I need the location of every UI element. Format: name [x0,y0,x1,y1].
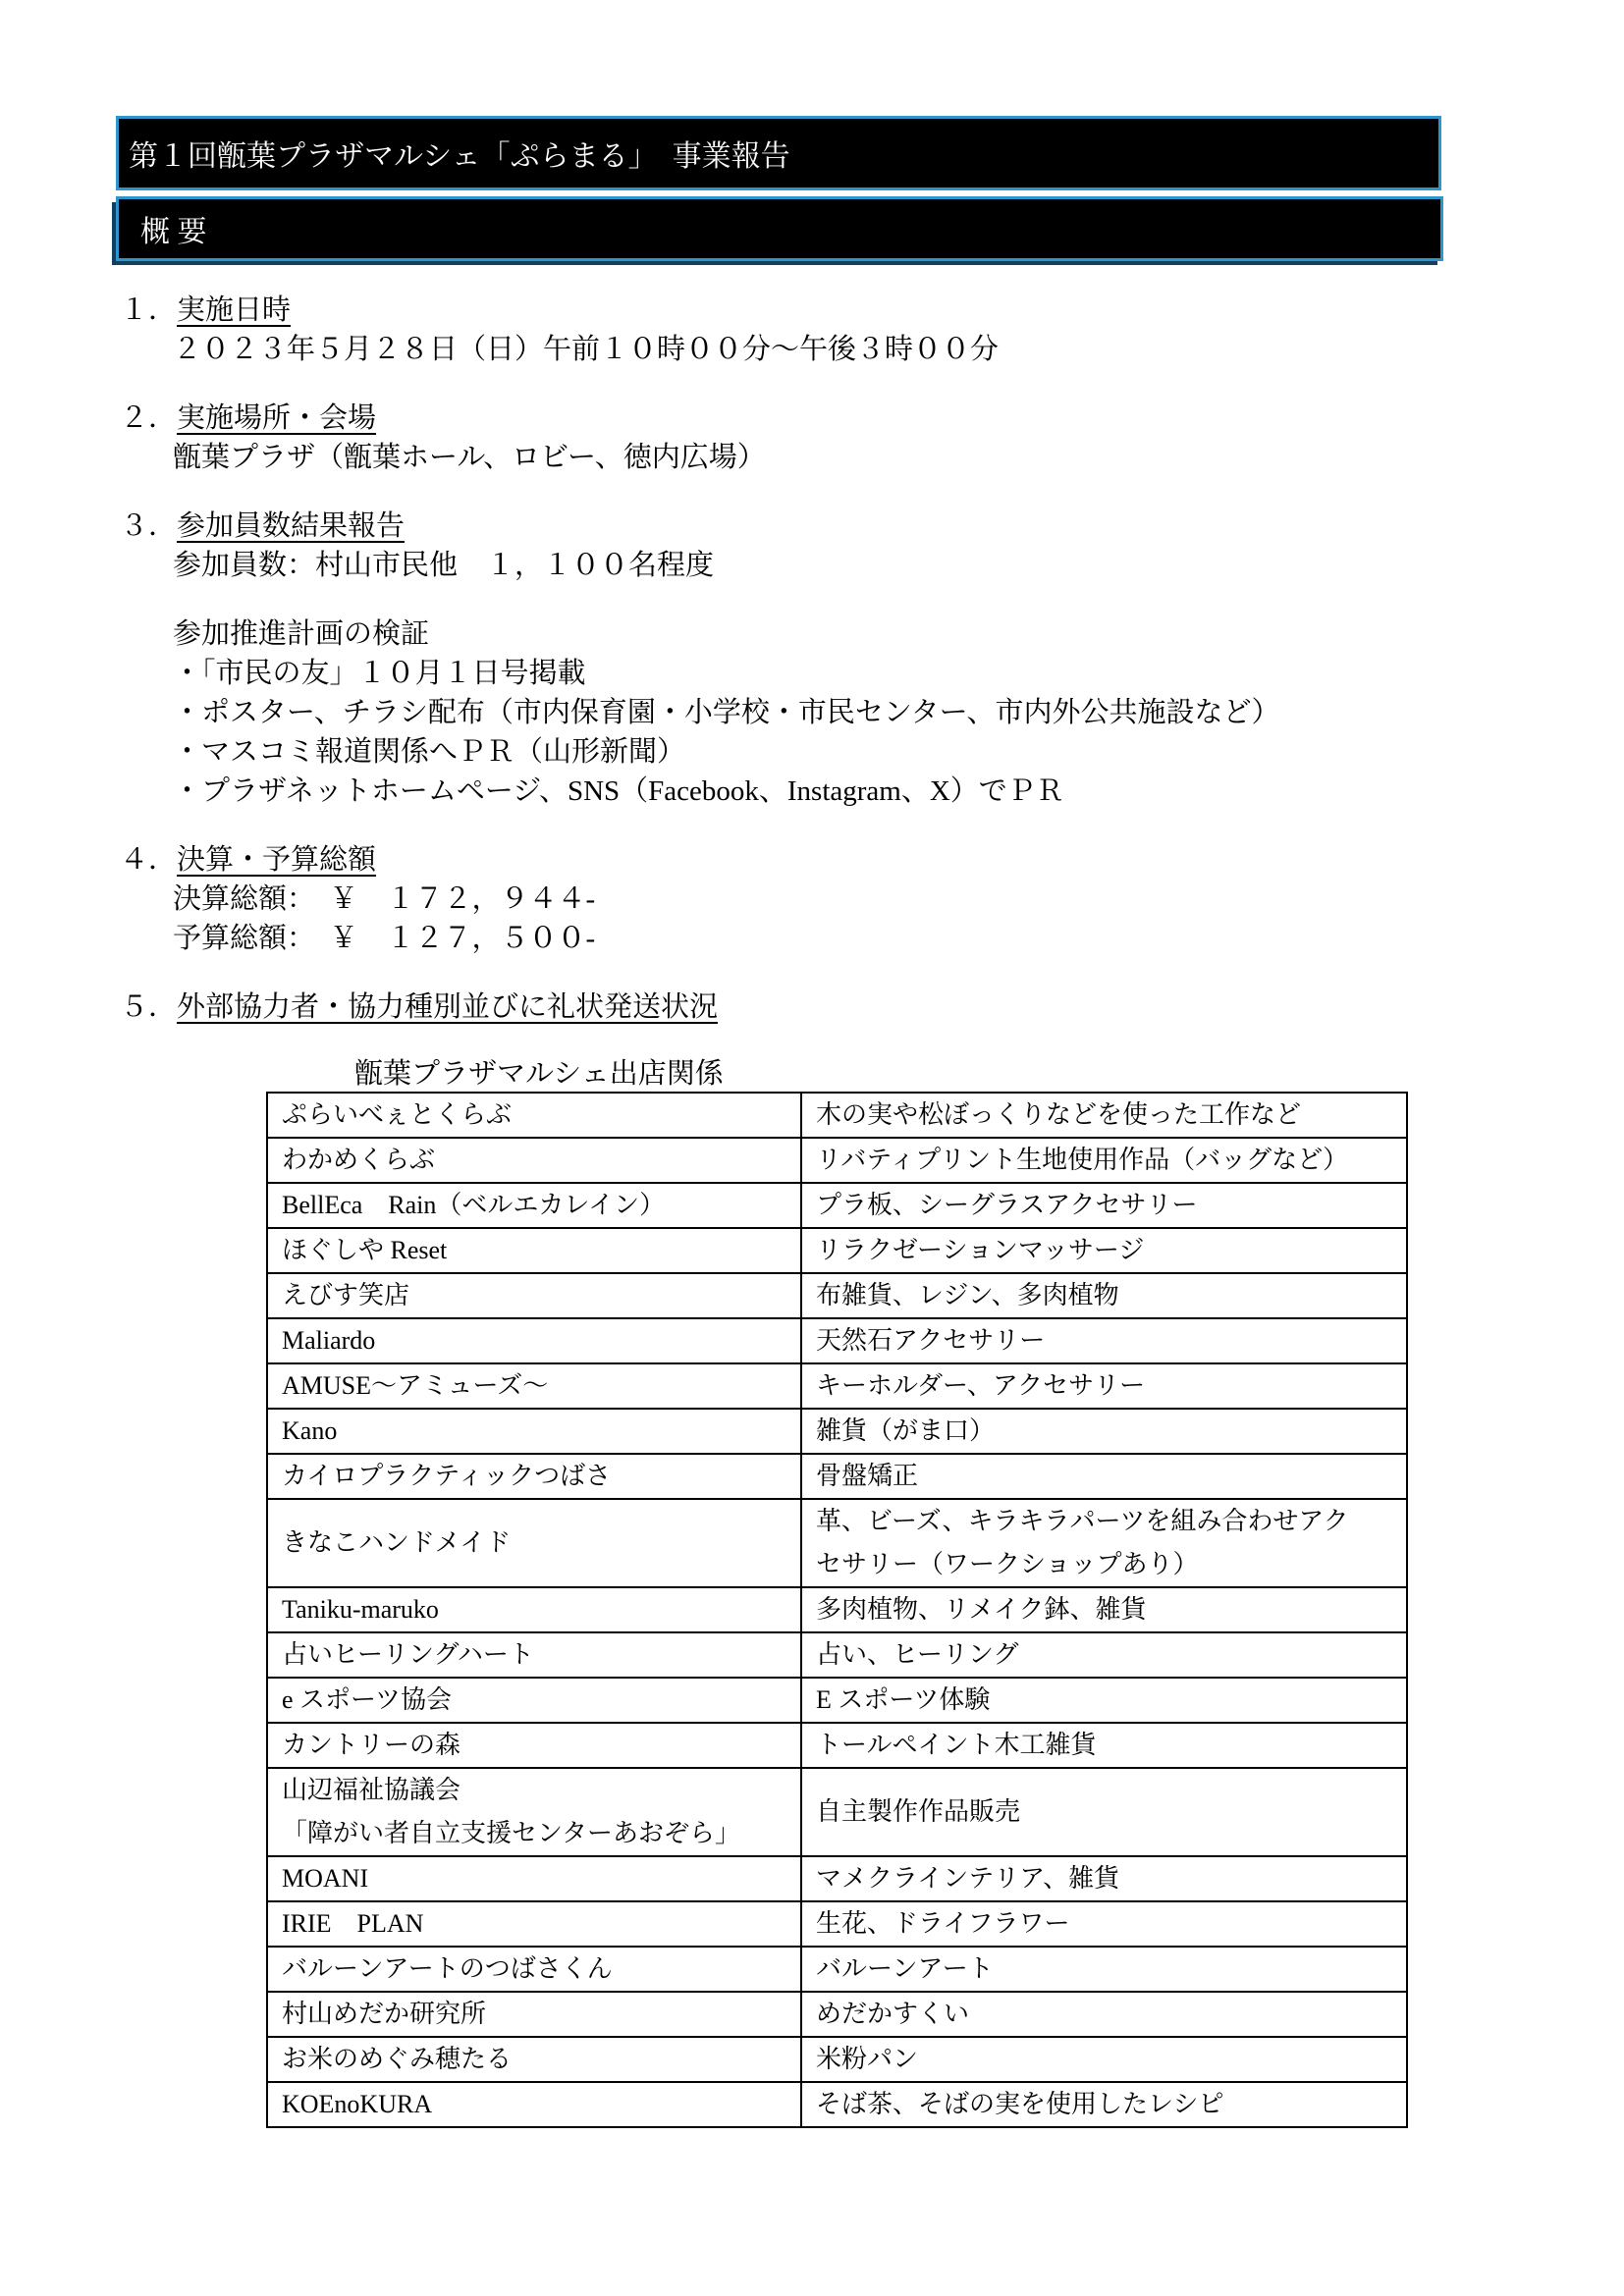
table-row: AMUSE～アミューズ～キーホルダー、アクセサリー [267,1363,1407,1409]
section-title: 外部協力者・協力種別並びに礼状発送状況 [177,991,718,1023]
vendor-table: ぷらいべぇとくらぶ木の実や松ぼっくりなどを使った工作などわかめくらぶリバティプリ… [266,1092,1408,2128]
vendor-items-cell: プラ板、シーグラスアクセサリー [801,1183,1407,1228]
table-row: 占いヒーリングハート占い、ヒーリング [267,1632,1407,1678]
vendor-items-cell: 生花、ドライフラワー [801,1901,1407,1947]
table-row: バルーンアートのつばさくんバルーンアート [267,1947,1407,1992]
table-row: カイロプラクティックつばさ骨盤矯正 [267,1454,1407,1499]
vendor-items-cell: マメクラインテリア、雑貨 [801,1856,1407,1901]
section-attendance-report: ３．参加員数結果報告 参加員数：村山市民他 １，１００名程度 参加推進計画の検証… [0,507,1624,811]
table-row: ほぐしや Resetリラクゼーションマッサージ [267,1228,1407,1273]
vendor-name-cell: BellEca Rain（ベルエカレイン） [267,1183,801,1228]
vendor-name-cell: きなこハンドメイド [267,1499,801,1587]
vendor-name-cell: カントリーの森 [267,1723,801,1768]
section-number: ２． [120,402,177,434]
vendor-items-cell: 木の実や松ぼっくりなどを使った工作など [801,1093,1407,1138]
section-number: ４． [120,844,177,876]
table-row: わかめくらぶリバティプリント生地使用作品（バッグなど） [267,1138,1407,1183]
title-bar: 第１回甑葉プラザマルシェ「ぷらまる」 事業報告 [116,116,1441,190]
vendor-name-cell: ぷらいべぇとくらぶ [267,1093,801,1138]
section-venue: ２．実施場所・会場 甑葉プラザ（甑葉ホール、ロビー、徳内広場） [0,399,1624,477]
vendor-items-cell: E スポーツ体験 [801,1678,1407,1723]
vendor-items-cell: 布雑貨、レジン、多肉植物 [801,1273,1407,1318]
table-row: 山辺福祉協議会 「障がい者自立支援センターあおぞら」自主製作作品販売 [267,1768,1407,1856]
vendor-items-cell: 米粉パン [801,2037,1407,2082]
vendor-items-cell: トールペイント木工雑貨 [801,1723,1407,1768]
vendor-name-cell: 山辺福祉協議会 「障がい者自立支援センターあおぞら」 [267,1768,801,1856]
section-text: 甑葉プラザ（甑葉ホール、ロビー、徳内広場） [173,438,1624,477]
vendor-name-cell: 村山めだか研究所 [267,1992,801,2037]
table-row: Kano雑貨（がま口） [267,1409,1407,1454]
table-row: Taniku-maruko多肉植物、リメイク鉢、雑貨 [267,1587,1407,1632]
section-heading: ４．決算・予算総額 [120,840,1624,880]
section-title: 実施場所・会場 [177,402,376,434]
vendor-items-cell: キーホルダー、アクセサリー [801,1363,1407,1409]
page-title: 第１回甑葉プラザマルシェ「ぷらまる」 事業報告 [129,132,790,175]
vendor-name-cell: Taniku-maruko [267,1587,801,1632]
promotion-bullet: ・マスコミ報道関係へＰＲ（山形新聞） [173,732,1624,772]
vendor-name-cell: わかめくらぶ [267,1138,801,1183]
table-row: お米のめぐみ穂たる米粉パン [267,2037,1407,2082]
vendor-items-cell: リバティプリント生地使用作品（バッグなど） [801,1138,1407,1183]
section-title: 決算・予算総額 [177,844,376,876]
table-row: MOANIマメクラインテリア、雑貨 [267,1856,1407,1901]
attendance-count-text: 参加員数：村山市民他 １，１００名程度 [173,546,1624,585]
vendor-items-cell: 雑貨（がま口） [801,1409,1407,1454]
promotion-plan-block: 参加推進計画の検証 ・「市民の友」１０月１日号掲載 ・ポスター、チラシ配布（市内… [0,614,1624,811]
section-number: ３． [120,510,177,542]
vendor-name-cell: e スポーツ協会 [267,1678,801,1723]
vendor-name-cell: えびす笑店 [267,1273,801,1318]
vendor-items-cell: 占い、ヒーリング [801,1632,1407,1678]
section-heading: １．実施日時 [120,291,1624,330]
section-heading: ５．外部協力者・協力種別並びに礼状発送状況 [120,988,1624,1027]
table-row: e スポーツ協会E スポーツ体験 [267,1678,1407,1723]
vendor-name-cell: お米のめぐみ穂たる [267,2037,801,2082]
vendor-name-cell: AMUSE～アミューズ～ [267,1363,801,1409]
section-text: ２０２３年５月２８日（日）午前１０時００分～午後３時００分 [173,330,1624,369]
table-row: 村山めだか研究所めだかすくい [267,1992,1407,2037]
table-row: えびす笑店布雑貨、レジン、多肉植物 [267,1273,1407,1318]
section-title: 参加員数結果報告 [177,510,405,542]
table-row: BellEca Rain（ベルエカレイン）プラ板、シーグラスアクセサリー [267,1183,1407,1228]
section-number: ５． [120,991,177,1023]
table-row: KOEnoKURAそば茶、そばの実を使用したレシピ [267,2082,1407,2127]
vendor-name-cell: ほぐしや Reset [267,1228,801,1273]
vendor-name-cell: KOEnoKURA [267,2082,801,2127]
section-number: １． [120,294,177,326]
promotion-bullet: ・プラザネットホームページ、SNS（Facebook、Instagram、X）で… [173,772,1624,811]
table-caption: 甑葉プラザマルシェ出店関係 [354,1056,1624,1092]
vendor-name-cell: IRIE PLAN [267,1901,801,1947]
vendor-items-cell: 革、ビーズ、キラキラパーツを組み合わせアク セサリー（ワークショップあり） [801,1499,1407,1587]
section-implementation-datetime: １．実施日時 ２０２３年５月２８日（日）午前１０時００分～午後３時００分 [0,291,1624,369]
vendor-name-cell: Kano [267,1409,801,1454]
section-heading: ３．参加員数結果報告 [120,507,1624,546]
settlement-total-text: 決算総額： ￥ １７２，９４４- [173,880,1624,919]
vendor-name-cell: バルーンアートのつばさくん [267,1947,801,1992]
vendor-items-cell: 多肉植物、リメイク鉢、雑貨 [801,1587,1407,1632]
section-title: 実施日時 [177,294,291,326]
section-external-collaborators: ５．外部協力者・協力種別並びに礼状発送状況 [0,988,1624,1027]
table-row: カントリーの森トールペイント木工雑貨 [267,1723,1407,1768]
promotion-bullet: ・「市民の友」１０月１日号掲載 [173,654,1624,693]
promotion-plan-title: 参加推進計画の検証 [173,614,1624,654]
vendor-items-cell: そば茶、そばの実を使用したレシピ [801,2082,1407,2127]
section-budget: ４．決算・予算総額 決算総額： ￥ １７２，９４４- 予算総額： ￥ １２７，５… [0,840,1624,958]
vendor-items-cell: リラクゼーションマッサージ [801,1228,1407,1273]
promotion-bullet: ・ポスター、チラシ配布（市内保育園・小学校・市民センター、市内外公共施設など） [173,693,1624,732]
vendor-name-cell: Maliardo [267,1318,801,1363]
table-row: きなこハンドメイド革、ビーズ、キラキラパーツを組み合わせアク セサリー（ワークシ… [267,1499,1407,1587]
overview-heading: 概 要 [140,207,207,250]
vendor-items-cell: 骨盤矯正 [801,1454,1407,1499]
vendor-items-cell: めだかすくい [801,1992,1407,2037]
table-row: Maliardo天然石アクセサリー [267,1318,1407,1363]
table-row: ぷらいべぇとくらぶ木の実や松ぼっくりなどを使った工作など [267,1093,1407,1138]
section-heading: ２．実施場所・会場 [120,399,1624,438]
vendor-name-cell: MOANI [267,1856,801,1901]
vendor-items-cell: バルーンアート [801,1947,1407,1992]
overview-bar: 概 要 [116,196,1443,261]
report-body: １．実施日時 ２０２３年５月２８日（日）午前１０時００分～午後３時００分 ２．実… [0,291,1624,2128]
vendor-name-cell: 占いヒーリングハート [267,1632,801,1678]
vendor-table-body: ぷらいべぇとくらぶ木の実や松ぼっくりなどを使った工作などわかめくらぶリバティプリ… [267,1093,1407,2127]
table-row: IRIE PLAN生花、ドライフラワー [267,1901,1407,1947]
vendor-name-cell: カイロプラクティックつばさ [267,1454,801,1499]
vendor-items-cell: 天然石アクセサリー [801,1318,1407,1363]
vendor-items-cell: 自主製作作品販売 [801,1768,1407,1856]
budget-total-text: 予算総額： ￥ １２７，５００- [173,919,1624,958]
report-page: 第１回甑葉プラザマルシェ「ぷらまる」 事業報告 概 要 １．実施日時 ２０２３年… [0,0,1624,2296]
